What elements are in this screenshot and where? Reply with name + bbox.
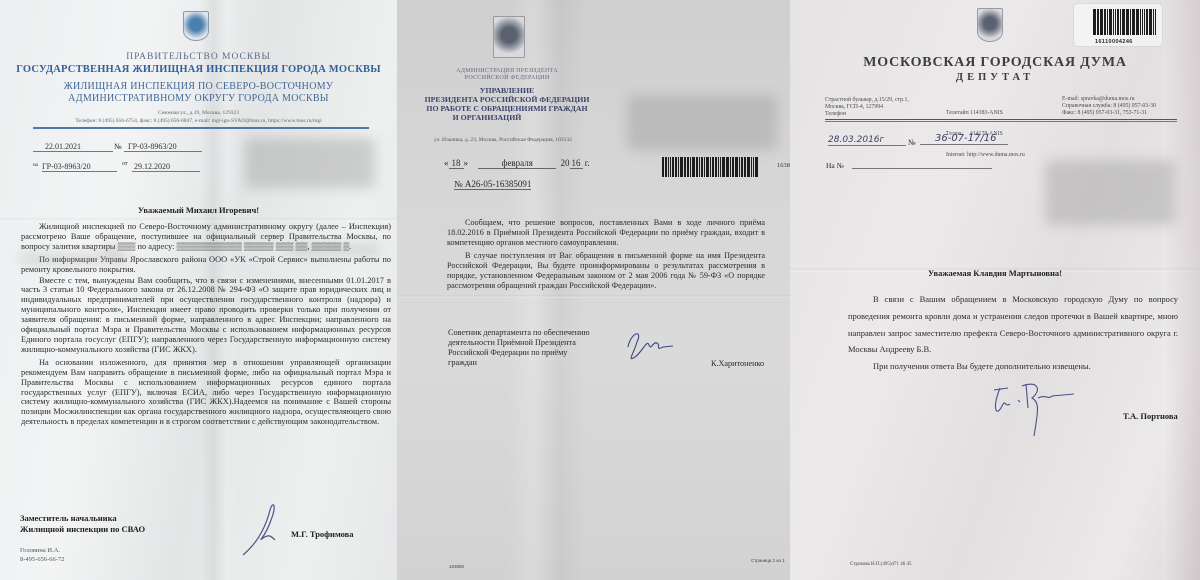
dept-name-line3: ПО РАБОТЕ С ОБРАЩЕНИЯМИ ГРАЖДАН <box>417 104 597 113</box>
dept-address: ул. Ильинка, д. 23, Москва, Российская Ф… <box>434 137 572 143</box>
barcode-icon <box>1093 9 1156 35</box>
executor-info: Строкова Н.П.(495)471 46 45 <box>850 562 912 567</box>
header-divider <box>825 121 1177 122</box>
signature-icon <box>235 500 295 560</box>
dept-name-line1: УПРАВЛЕНИЕ <box>417 86 597 95</box>
dept-name-line4: И ОРГАНИЗАЦИЙ <box>417 113 557 122</box>
handwritten-date: 28.03.2016г <box>828 135 906 146</box>
duma-contacts: E-mail: spravka@duma.mos.ru Справочная с… <box>1062 96 1156 117</box>
address-line: Москва, ГСП-4, 127994 <box>825 104 909 111</box>
signature-icon <box>623 327 693 367</box>
letter-moscow-city-duma: 16110004246 МОСКОВСКАЯ ГОРОДСКАЯ ДУМА ДЕ… <box>790 0 1200 580</box>
government-name: ПРАВИТЕЛЬСТВО МОСКВЫ <box>0 52 397 62</box>
paragraph: В случае поступления от Вас обращения в … <box>447 251 765 291</box>
paragraph: В связи с Вашим обращением в Московскую … <box>848 291 1178 358</box>
redacted-address <box>290 246 380 254</box>
footer-code: 163850 <box>449 564 464 569</box>
ref-date: 29.12.2020 <box>132 162 200 172</box>
paragraph: Вместе с тем, вынуждены Вам сообщить, чт… <box>21 276 391 355</box>
russian-double-eagle-icon <box>493 16 525 58</box>
redacted-recipient <box>1045 160 1175 225</box>
signatory-title-line1: Заместитель начальника <box>20 513 145 524</box>
moscow-coat-of-arms-icon <box>977 8 1003 42</box>
agency-address: Снежная ул., д.19, Москва, 129323 <box>0 110 397 117</box>
teletype: Телетайп 114383-ANIS <box>946 110 1025 117</box>
duma-title: МОСКОВСКАЯ ГОРОДСКАЯ ДУМА <box>790 55 1200 71</box>
ref-label: На № <box>826 161 844 170</box>
address-line: Телефон <box>825 111 909 118</box>
number-value: А26-05-16385091 <box>465 179 532 189</box>
letter-body: Сообщаем, что решение вопросов, поставле… <box>447 218 765 291</box>
paragraph: Сообщаем, что решение вопросов, поставле… <box>447 218 765 248</box>
signatory-name: Т.А. Портнова <box>1123 411 1178 422</box>
letter-body: В связи с Вашим обращением в Московскую … <box>848 291 1178 375</box>
signatory-name: К.Харитоненко <box>711 359 764 368</box>
letter-housing-inspection: ПРАВИТЕЛЬСТВО МОСКВЫ ГОСУДАРСТВЕННАЯ ЖИЛ… <box>0 0 397 580</box>
admin-name-line2: РОССИЙСКОЙ ФЕДЕРАЦИИ <box>437 74 577 81</box>
number-label: № <box>908 138 916 147</box>
date-year-prefix: 20 <box>561 158 570 168</box>
signatory-name: М.Г. Трофимова <box>291 529 354 540</box>
executor-name: Головина И.А. <box>20 547 60 555</box>
dept-name-line2: ПРЕЗИДЕНТА РОССИЙСКОЙ ФЕДЕРАЦИИ <box>417 95 597 104</box>
letter-presidential-administration: АДМИНИСТРАЦИЯ ПРЕЗИДЕНТА РОССИЙСКОЙ ФЕДЕ… <box>397 0 790 580</box>
redacted-address-line2 <box>20 255 130 263</box>
ref-label: на <box>33 163 38 168</box>
date-year-suffix: 16 <box>570 158 583 169</box>
paragraph: На основании изложенного, для принятия м… <box>21 358 391 427</box>
footer-page-number: Страница 1 из 1 <box>751 558 785 563</box>
duma-address: Страстной бульвар, д.15/29, стр.1, Москв… <box>825 97 909 118</box>
ref-number: ГР-03-8963/20 <box>42 162 117 172</box>
barcode-number: 16110004246 <box>1095 39 1133 45</box>
internet: Internet: http://www.duma.mos.ru <box>946 152 1025 159</box>
fax: Факс: 8 (495) 957-03-31, 753-71-31 <box>1062 110 1156 117</box>
letter-date: 22.01.2021 <box>33 142 113 152</box>
agency-contacts: Телефон: 8 (495) 656-6754, факс: 8 (495)… <box>0 118 397 125</box>
email: E-mail: spravka@duma.mos.ru <box>1062 96 1156 103</box>
handwritten-number: 36-07-17/16 <box>920 133 1008 145</box>
helpdesk-phone: Справочная служба: 8 (495) 957-03-30 <box>1062 103 1156 110</box>
duma-subtitle: ДЕПУТАТ <box>790 72 1200 83</box>
signatory-title: Заместитель начальника Жилищной инспекци… <box>20 513 145 535</box>
redacted-recipient <box>627 95 777 150</box>
agency-name: ГОСУДАРСТВЕННАЯ ЖИЛИЩНАЯ ИНСПЕКЦИЯ ГОРОД… <box>0 64 397 75</box>
signatory-title: Советник департамента по обеспечению дея… <box>448 328 598 368</box>
division-name-line1: ЖИЛИЩНАЯ ИНСПЕКЦИЯ ПО СЕВЕРО-ВОСТОЧНОМУ <box>0 81 397 93</box>
header-divider <box>825 119 1177 120</box>
redacted-apartment <box>102 246 120 254</box>
salutation: Уважаемый Михаил Игоревич! <box>0 205 397 215</box>
header-divider <box>33 127 369 129</box>
letter-number: ГР-03-8963/20 <box>124 142 202 152</box>
signature-icon <box>988 378 1088 443</box>
date-day: 18 <box>449 158 464 169</box>
barcode-icon <box>662 157 758 177</box>
salutation: Уважаемая Клавдия Мартыновна! <box>790 268 1200 278</box>
redacted-recipient <box>245 138 375 188</box>
number-label: № <box>454 179 463 189</box>
letter-number: № А26-05-16385091 <box>454 179 531 190</box>
barcode-number: 163850 <box>777 162 790 169</box>
address-line: Страстной бульвар, д.15/29, стр.1, <box>825 97 909 104</box>
ref-date-label: от <box>122 161 128 167</box>
ref-line <box>852 168 992 169</box>
moscow-coat-of-arms-icon <box>183 11 209 41</box>
date-month: февраля <box>478 158 556 169</box>
date-year-unit: г. <box>585 158 590 168</box>
letter-date: «18» февраля 2016 г. <box>444 158 590 169</box>
paragraph: При получении ответа Вы будете дополните… <box>848 358 1178 375</box>
division-name-line2: АДМИНИСТРАТИВНОМУ ОКРУГУ ГОРОДА МОСКВЫ <box>0 93 397 105</box>
executor-phone: 8-495-656-66-72 <box>20 556 64 564</box>
number-label: № <box>114 142 122 151</box>
admin-name-line1: АДМИНИСТРАЦИЯ ПРЕЗИДЕНТА <box>437 67 577 74</box>
signatory-title-line2: Жилищной инспекции по СВАО <box>20 524 145 535</box>
